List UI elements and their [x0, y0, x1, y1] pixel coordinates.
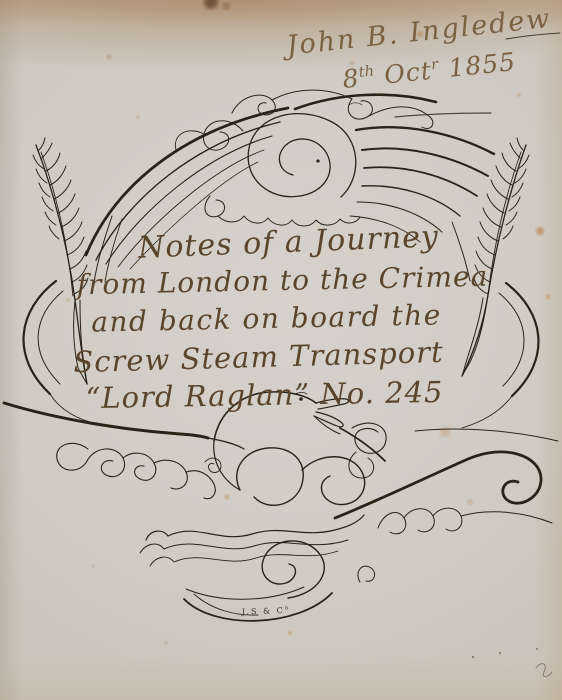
date-day-suffix: th — [358, 63, 375, 80]
maker-mark-sup: o — [285, 605, 291, 611]
manuscript-page: John B. Ingledew 8thOctr1855 Notes of a … — [0, 0, 562, 700]
maker-mark-main: J.S & C — [242, 606, 285, 616]
date-month-suffix: r — [430, 57, 439, 74]
lower-swirl-flourish — [4, 403, 558, 677]
title-line-5: “Lord Raglan” No. 245 — [12, 372, 518, 419]
date-month: Oct — [383, 56, 433, 90]
date-spacer — [375, 84, 385, 85]
date-spacer — [439, 77, 449, 78]
manuscript-title: Notes of a Journey from London to the Cr… — [30, 224, 535, 414]
